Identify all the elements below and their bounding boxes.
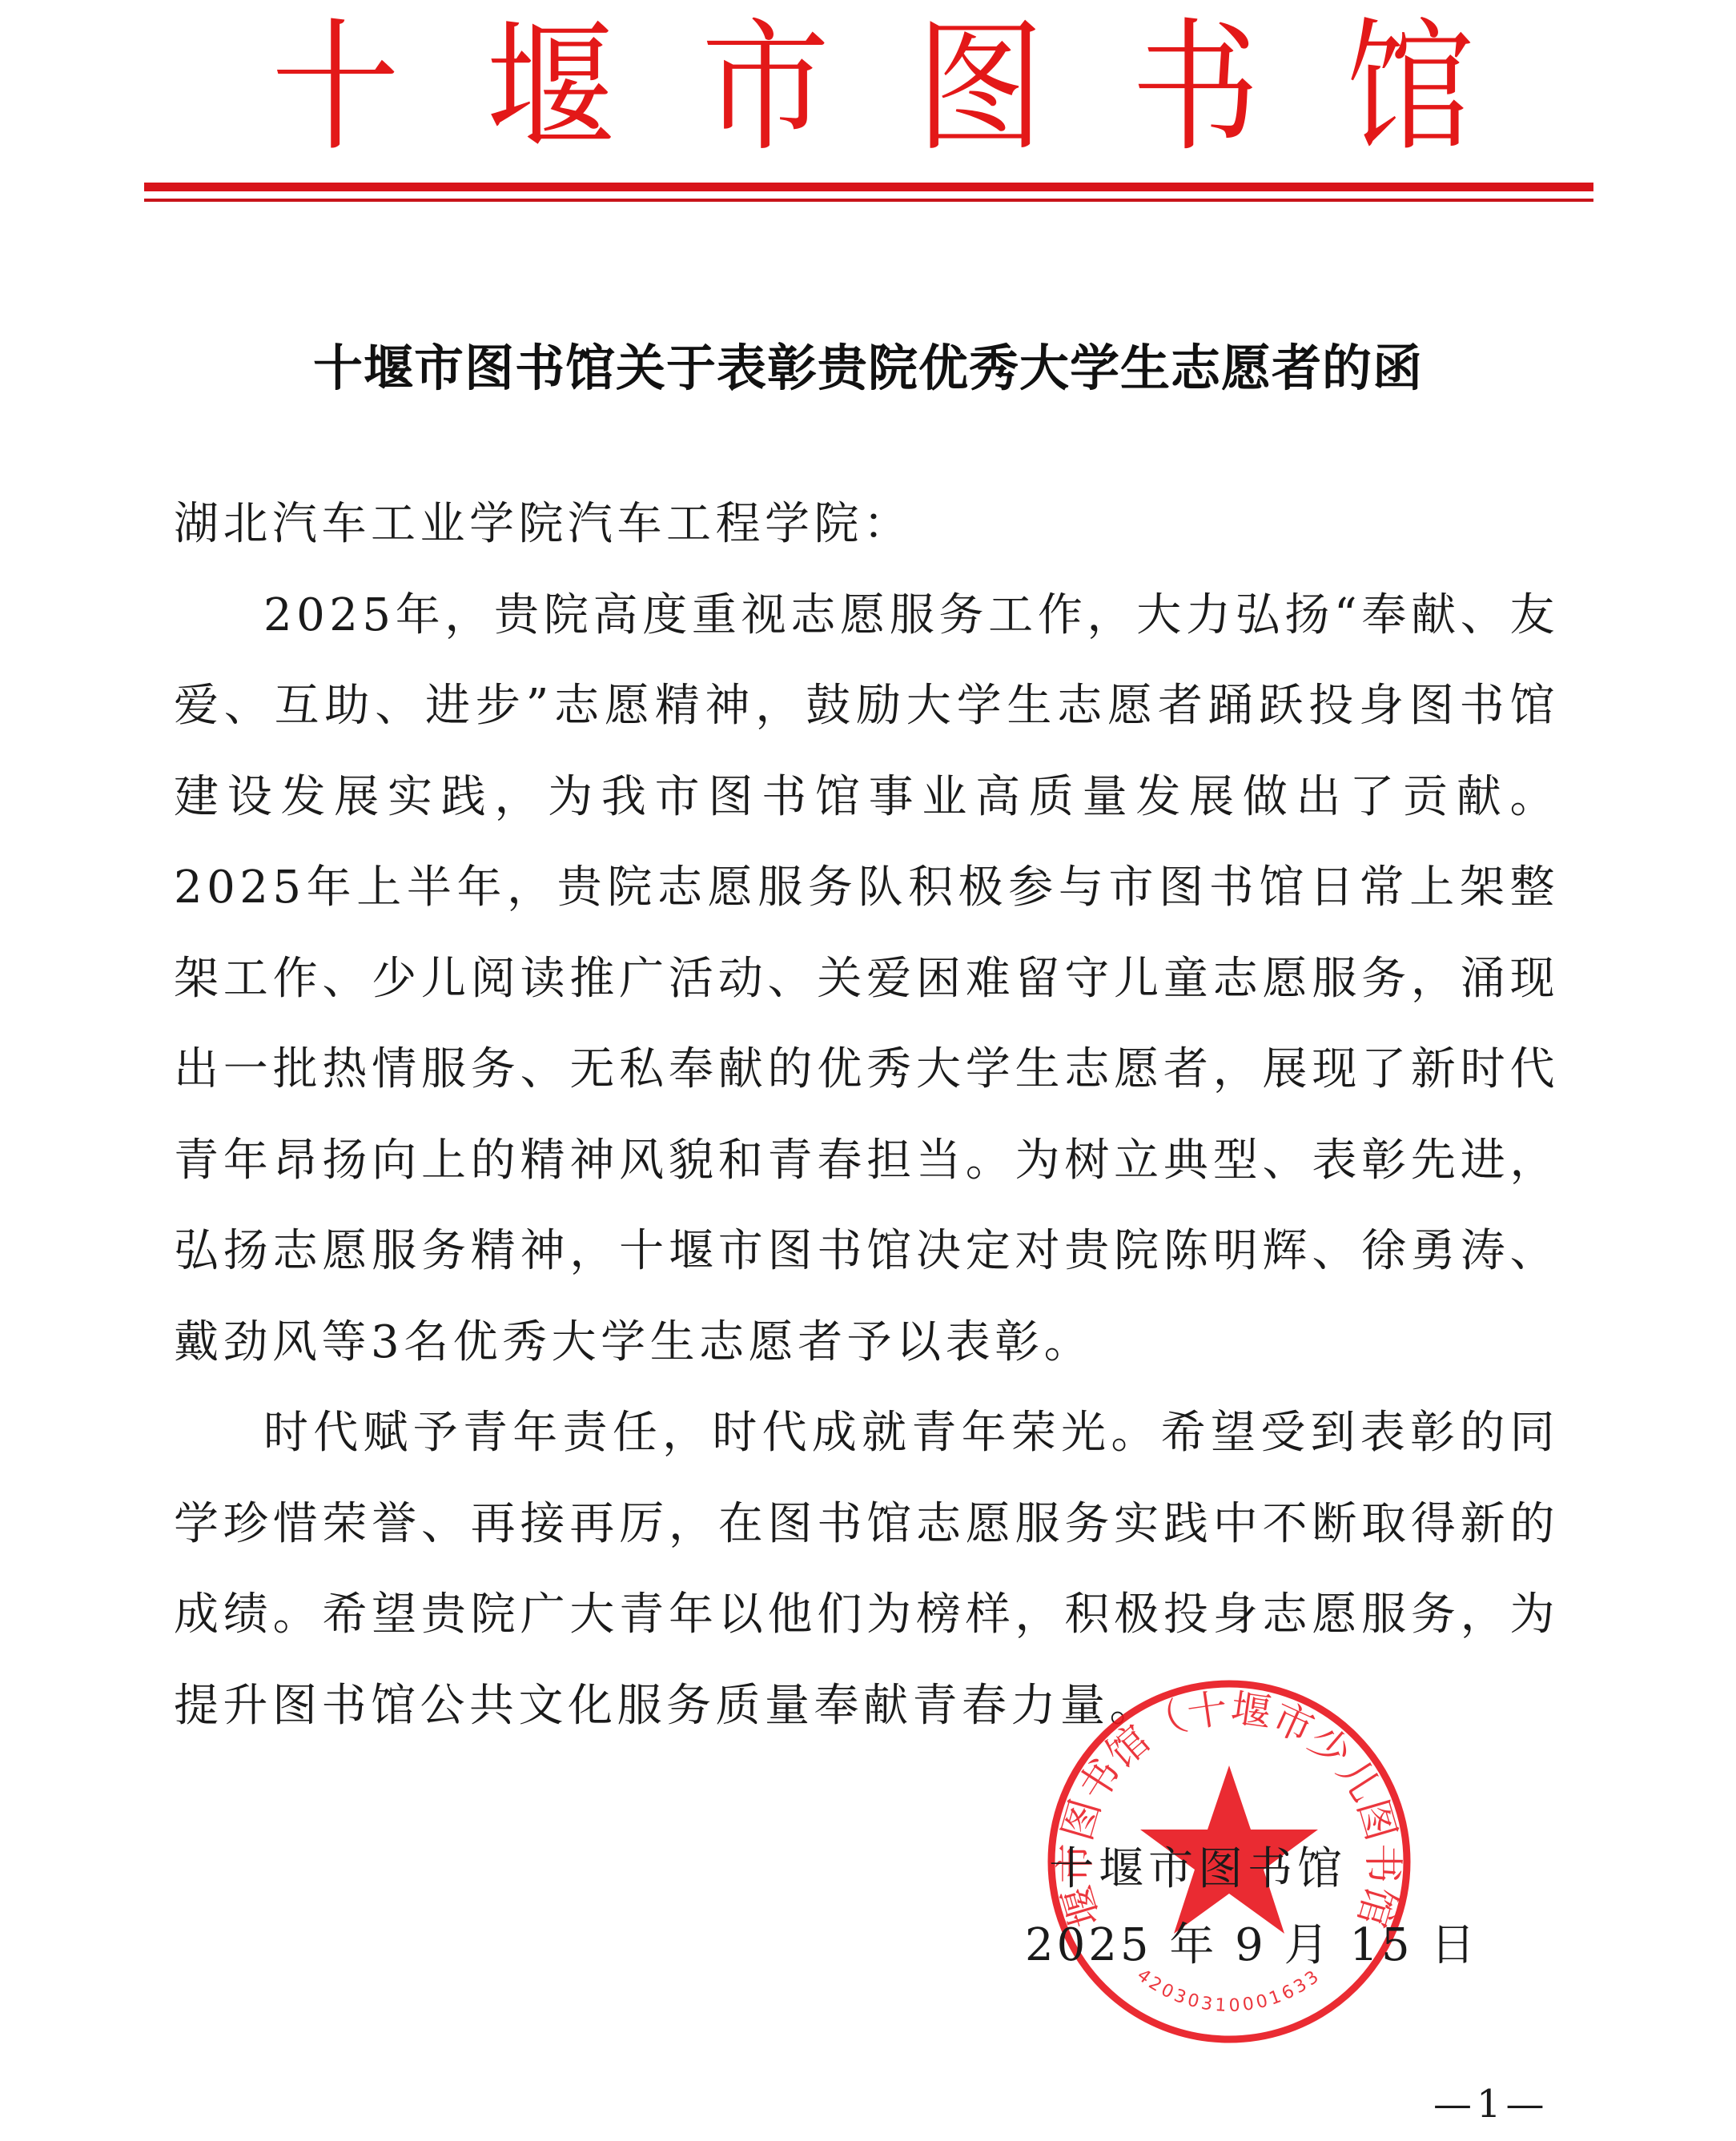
letterhead-org-name: 十 堰 市 图 书 馆 xyxy=(264,8,1481,168)
letterhead-char: 图 xyxy=(916,8,1044,168)
addressee: 湖北汽车工业学院汽车工程学院： xyxy=(174,479,1559,570)
page-number: —1— xyxy=(1433,2082,1549,2127)
letterhead-char: 堰 xyxy=(486,8,614,168)
signature-date: 2025 年 9 月 15 日 xyxy=(1025,1918,1478,1974)
letterhead-divider-thin xyxy=(144,199,1593,202)
letterhead-divider-thick xyxy=(144,183,1593,191)
letterhead-char: 馆 xyxy=(1346,8,1474,168)
letterhead-char: 十 xyxy=(271,8,400,168)
document-title: 十堰市图书馆关于表彰贵院优秀大学生志愿者的函 xyxy=(0,328,1736,400)
body-paragraph: 2025年，贵院高度重视志愿服务工作，大力弘扬“奉献、友爱、互助、进步”志愿精神… xyxy=(174,570,1559,1388)
document-body: 湖北汽车工业学院汽车工程学院： 2025年，贵院高度重视志愿服务工作，大力弘扬“… xyxy=(174,479,1559,1751)
letterhead-char: 市 xyxy=(701,8,830,168)
letterhead-char: 书 xyxy=(1131,8,1259,168)
signature-org: 十堰市图书馆 xyxy=(1049,1842,1347,1898)
